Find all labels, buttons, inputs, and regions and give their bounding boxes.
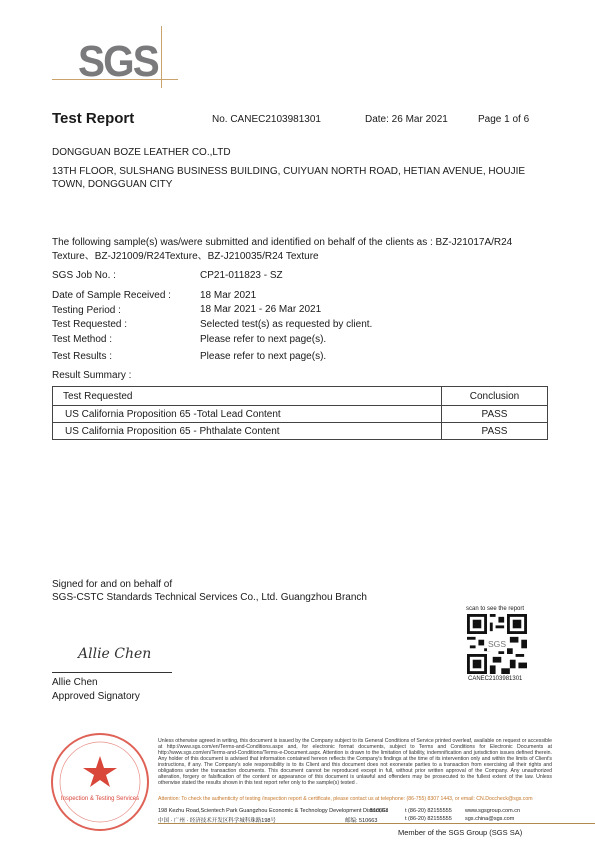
test-results-value: Please refer to next page(s).: [200, 351, 326, 362]
seal-center-text: Inspection & Testing Services: [61, 796, 139, 802]
table-row: US California Proposition 65 -Total Lead…: [53, 406, 548, 423]
sample-description-line1: The following sample(s) was/were submitt…: [52, 236, 512, 249]
footer-divider: [158, 823, 595, 824]
legal-disclaimer: Unless otherwise agreed in writing, this…: [158, 738, 552, 786]
test-requested-value: Selected test(s) as requested by client.: [200, 319, 372, 330]
result-summary-table: Test Requested Conclusion US California …: [52, 386, 548, 440]
conclusion-cell: PASS: [442, 406, 548, 423]
email-link[interactable]: sgs.china@sgs.com: [465, 816, 514, 822]
company-seal-icon: Inspection & Testing Services: [48, 730, 152, 834]
column-header-test: Test Requested: [53, 387, 442, 406]
logo-divider: [52, 79, 178, 80]
sgs-group-membership: Member of the SGS Group (SGS SA): [398, 828, 522, 837]
report-title: Test Report: [52, 110, 134, 127]
testing-period-value: 18 Mar 2021 - 26 Mar 2021: [200, 304, 321, 315]
signatory-role: Approved Signatory: [52, 690, 140, 703]
table-header-row: Test Requested Conclusion: [53, 387, 548, 406]
job-no-label: SGS Job No. :: [52, 270, 116, 281]
result-summary-label: Result Summary :: [52, 370, 131, 381]
table-row: US California Proposition 65 - Phthalate…: [53, 423, 548, 440]
testing-period-label: Testing Period :: [52, 305, 121, 316]
qr-report-id: CANEC2103981301: [468, 676, 522, 682]
test-method-label: Test Method :: [52, 334, 112, 345]
qr-caption: scan to see the report: [466, 606, 524, 612]
logo-text: SGS: [78, 32, 158, 92]
test-requested-label: Test Requested :: [52, 319, 127, 330]
handwritten-signature: Allie Chen: [78, 646, 151, 662]
job-no-value: CP21-011823 - SZ: [200, 270, 283, 281]
qr-center-label: SGS: [488, 639, 506, 649]
client-name: DONGGUAN BOZE LEATHER CO.,LTD: [52, 146, 231, 159]
phone-english: t (86-20) 82155555: [405, 808, 452, 814]
phone-chinese: t (86-20) 82155555: [405, 816, 452, 822]
test-name-cell: US California Proposition 65 -Total Lead…: [53, 406, 442, 423]
logo-divider: [161, 26, 162, 88]
test-results-label: Test Results :: [52, 351, 112, 362]
postcode-english: 510663: [370, 808, 388, 814]
report-date: Date: 26 Mar 2021: [365, 114, 448, 125]
sgs-logo: SGS: [50, 24, 178, 88]
website-link[interactable]: www.sgsgroup.com.cn: [465, 808, 520, 814]
client-address-line2: TOWN, DONGGUAN CITY: [52, 178, 172, 191]
qr-code-icon[interactable]: SGS: [467, 614, 527, 674]
test-method-value: Please refer to next page(s).: [200, 334, 326, 345]
report-number: No. CANEC2103981301: [212, 114, 321, 125]
test-name-cell: US California Proposition 65 - Phthalate…: [53, 423, 442, 440]
signing-company: SGS-CSTC Standards Technical Services Co…: [52, 591, 367, 604]
conclusion-cell: PASS: [442, 423, 548, 440]
date-received-label: Date of Sample Received :: [52, 290, 171, 301]
address-english: 198 Kezhu Road,Scientech Park Guangzhou …: [158, 808, 388, 814]
column-header-conclusion: Conclusion: [442, 387, 548, 406]
signed-on-behalf: Signed for and on behalf of: [52, 578, 172, 591]
signature-line: [52, 672, 172, 673]
signatory-name: Allie Chen: [52, 676, 98, 689]
authenticity-notice: Attention: To check the authenticity of …: [158, 796, 552, 802]
sample-description-line2: Texture、BZ-J21009/R24Texture、BZ-J210035/…: [52, 250, 319, 263]
date-received-value: 18 Mar 2021: [200, 290, 256, 301]
page-indicator: Page 1 of 6: [478, 114, 529, 125]
client-address-line1: 13TH FLOOR, SULSHANG BUSINESS BUILDING, …: [52, 165, 525, 178]
